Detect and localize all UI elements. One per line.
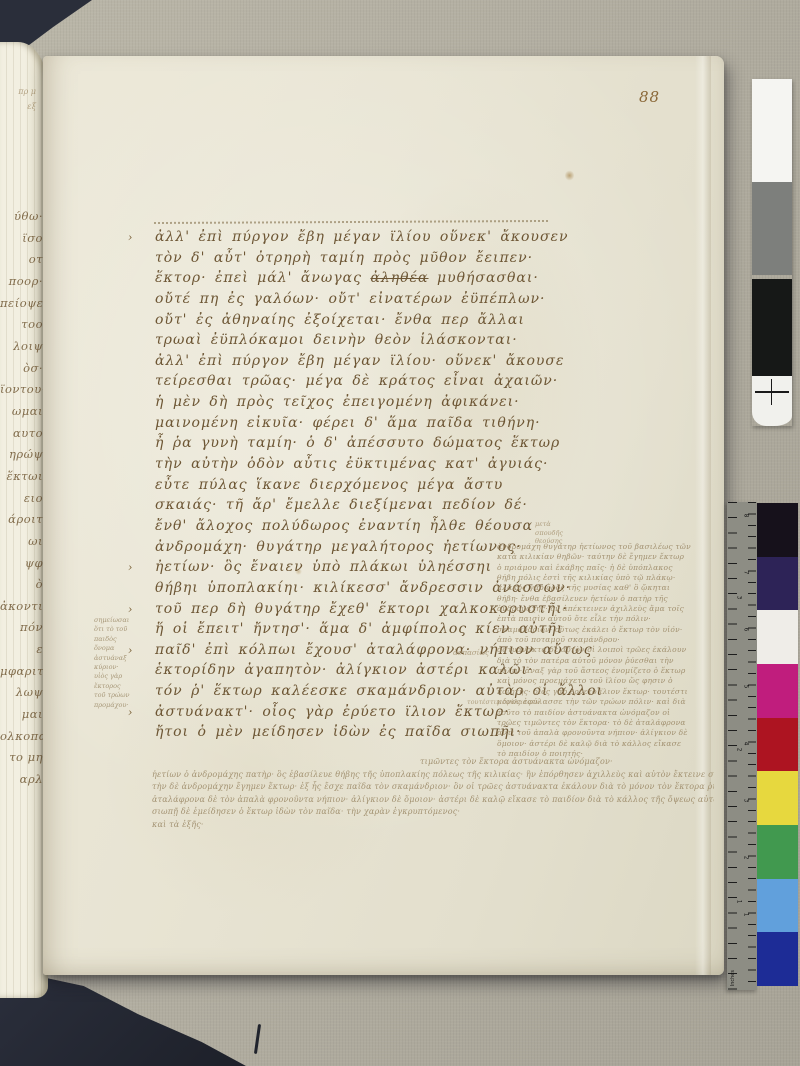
edge-fragment: εξ [2,99,36,114]
scholion-line: καὶ μόνος προεμάχετο τοῦ ϊλίου ὥς φησιν … [497,676,715,686]
edge-fragment: ειο [0,488,43,510]
scholion-line: τιμῶντες τὸν ἕκτορα ἀστυάνακτα ὠνόμαζον· [420,756,714,769]
scholion-line: ἕκτορος [94,682,144,691]
line-text: ἕκτορ· ἐπεὶ μάλ' ἄνωγας [155,270,370,286]
scholion-line: προμάχου· [94,701,144,710]
scholion-line: τοῦ τρώων [94,691,144,700]
edge-fragment: ψφ [0,553,43,575]
line-text: μυθήσασθαι· [437,270,539,286]
edge-fragment: ωμαι [0,401,43,423]
scholion-line: ἀπὸ τοῦ ποταμοῦ σκαμάνδρου· [497,635,715,645]
grayscale-white-patch [752,79,792,182]
ruler-cm-ticks [748,502,756,990]
line-text: ἀστυάνακτ'· οἶος γὰρ ἐρύετο ϊλιον ἕκτωρ· [155,704,510,720]
line-text: ἔνθ' ἄλοχος πολύδωρος ἐναντίη ἦλθε θέουσ… [155,518,533,534]
registration-cross-patch [752,376,792,426]
scholion-line: τὴν δὲ ἀνδρομάχην ἔγημεν ἕκτωρ· ἐξ ἧς ἔσ… [152,781,714,794]
text-line: › ἀλλ' ἐπὶ πύργον ἔβη μέγαν ϊλίου οὕνεκ'… [155,227,603,248]
color-patch [757,879,798,933]
edge-line-fragments: ύθω·ϊσοοτποορ·πείοψετοολοιψὸσ·ϊοντου·ωμα… [0,206,43,791]
color-patch [757,557,798,611]
scholion-line: ἀστυάναξ [94,654,144,663]
text-line: οὔτ' ἐς ἀθηναίης ἐξοίχεται· ἔνθα περ ἄλλ… [155,310,603,331]
ruler-number: 4 [743,742,750,746]
grayscale-calibration-target [752,79,792,426]
ruler-number: 8 [743,514,750,518]
ruler-number: 1 [735,900,742,904]
gloss-line: θεούσης [535,537,563,546]
edge-fragment: πείοψε [0,293,43,315]
edge-fragment: λωψ [0,682,43,704]
dotted-ruling-line [154,220,548,224]
line-text: οὔτέ πη ἐς γαλόων· οὔτ' εἰνατέρων ἐϋπέπλ… [155,291,545,307]
line-text: τὸν δ' αὖτ' ὀτρηρὴ ταμίη πρὸς μῦθον ἔειπ… [155,250,533,266]
edge-fragment: ϊσο [0,228,43,250]
diple-mark: › [128,228,132,249]
edge-fragment: πόν [0,617,43,639]
line-text: τείρεσθαι τρῶας· μέγα δὲ κράτος εἶναι ἀχ… [155,373,558,389]
ruler-number: 5 [743,685,750,689]
edge-fragment: ἕκτωι [0,466,43,488]
scholion-line: σιωπῇ δὲ ἐμείδησεν ὁ ἕκτωρ ἰδὼν τὸν παῖδ… [152,806,714,819]
ruler-number: 7 [743,571,750,575]
line-text: μαινομένη εἰκυῖα· φέρει δ' ἅμα παῖδα τιθ… [155,415,541,431]
scholia-left-margin: σημείωσαιὅτι τὸ τοῦπαιδὸςὄνομαἀστυάναξκύ… [94,616,144,710]
edge-fragment: οτ [0,249,43,271]
diple-mark: › [128,558,132,579]
edge-scholia-fragments: πρ μεξ [2,84,36,114]
scholion-line: ὅτι τὸ τοῦ [94,625,144,634]
text-line: εὖτε πύλας ἵκανε διερχόμενος μέγα ἄστυ [155,475,603,496]
text-line: σκαιάς· τῆ ἄρ' ἔμελλε διεξίμεναι πεδίον … [155,495,603,516]
color-patch [757,718,798,772]
color-patch [757,771,798,825]
ruler-number: 2 [743,856,750,860]
ruler-number: 2 [735,748,742,752]
edge-fragment: το μη αρλ [0,747,43,790]
line-text: ἦ ῥα γυνὴ ταμίη· ὁ δ' ἀπέσσυτο δώματος ἕ… [155,435,560,451]
edge-fragment: ποορ· [0,271,43,293]
scholion-line: θήβη πόλις ἐστὶ τῆς κιλικίας ὑπὸ τῷ πλάκ… [497,573,715,583]
scholion-line: διὰ τὸ τὸν πατέρα αὐτοῦ μόνον ῥύεσθαι τὴ… [497,656,715,666]
scholion-line: κατὰ κιλικίαν θηβῶν· ταύτην δὲ ἔγημεν ἕκ… [497,552,715,562]
edge-fragment: ωι [0,531,43,553]
edge-fragment: λοιψ [0,336,43,358]
text-line: τρωαὶ ἐϋπλόκαμοι δεινὴν θεὸν ἱλάσκονται· [155,330,603,351]
scholion-line: παιδὸς [94,635,144,644]
line-text: ἠετίων· ὃς ἔναιεν ὑπὸ πλάκωι ὑληέσσηι [155,559,492,575]
text-line: ἡ μὲν δὴ πρὸς τεῖχος ἐπειγομένη ἀφικάνει… [155,392,603,413]
edge-fragment: άροιτ [0,509,43,531]
edge-fragment: ολκοπαι [0,726,43,748]
scholion-line: ἠετίων ὁ ἀνδρομάχης πατὴρ· ὃς ἐβασίλευε … [152,769,714,782]
marginal-gloss: μετὰσπουδῆςθεούσης [535,520,563,546]
ruler-number: 6 [743,628,750,632]
scholion-line: πόλιν· ἄναξ γὰρ τοῦ ἄστεος ἐνομίζετο ὁ ἕ… [497,666,715,676]
color-patch [757,932,798,986]
text-line: ἀλλ' ἐπὶ πύργον ἔβη μέγαν ϊλίου· οὕνεκ' … [155,351,603,372]
text-line: ἕκτορ· ἐπεὶ μάλ' ἄνωγας ἀληθέα μυθήσασθα… [155,268,603,289]
scholion-line: υἱὸς γὰρ [94,672,144,681]
text-line: τὴν αὐτὴν ὁδὸν αὖτις ἐϋκτιμένας κατ' ἀγυ… [155,454,603,475]
ruler-inches-label: Inches [730,970,736,986]
line-text: τὴν αὐτὴν ὁδὸν αὖτις ἐϋκτιμένας κατ' ἀγυ… [155,456,548,472]
ruler: 87654321 321 Inches [727,502,757,990]
scholion-line: ὁ πριάμου καὶ ἑκάβης παῖς· ἡ δὲ ὑπόπλακο… [497,563,715,573]
line-text: εὖτε πύλας ἵκανε διερχόμενος μέγα ἄστυ [155,477,503,493]
scholia-bottom-block: τιμῶντες τὸν ἕκτορα ἀστυάνακτα ὠνόμαζον·… [152,756,714,831]
scholia-right-block: ἀνδρομάχη θυγάτηρ ἠετίωνος τοῦ βασιλέως … [497,542,715,759]
ruler-number: 3 [735,596,742,600]
scholion-line: ἀταλάφρονα δὲ τὸν ἁπαλὰ φρονοῦντα νήπιον… [152,794,714,807]
color-patch [757,610,798,664]
edge-fragment: ηρώψ [0,444,43,466]
text-line: οὔτέ πη ἐς γαλόων· οὔτ' εἰνατέρων ἐϋπέπλ… [155,289,603,310]
text-line: μαινομένη εἰκυῖα· φέρει δ' ἅμα παῖδα τιθ… [155,413,603,434]
gloss-line: σπουδῆς [535,529,563,538]
text-line: τὸν δ' αὖτ' ὀτρηρὴ ταμίη πρὸς μῦθον ἔειπ… [155,248,603,269]
crosshair-icon [771,379,773,405]
scholion-line: ἀνδρομάχη θυγάτηρ ἠετίωνος τοῦ βασιλέως … [497,542,715,552]
marginal-gloss: τουτέστιν ἐφύλασσεν [467,698,539,706]
line-text: ἀλλ' ἐπὶ πύργον ἔβη μέγαν ϊλίου· οὕνεκ' … [155,353,564,369]
scholion-line: ἑπτὰ παισὶν αὐτοῦ ὅτε εἷλε τὴν πόλιν· [497,614,715,624]
scholion-line: καὶ τὰ ἑξῆς· [152,819,714,832]
line-text: ἤτοι ὁ μὲν μείδησεν ἰδὼν ἐς παῖδα σιωπῆι… [155,724,521,740]
edge-fragment: μαι [0,704,43,726]
edge-fragment: ϊοντου· [0,379,43,401]
scholion-line: τοῦτο τὸ παιδίον ἀστυάνακτα ὠνόμαζον οἱ [497,708,715,718]
line-text: τρωαὶ ἐϋπλόκαμοι δεινὴν θεὸν ἱλάσκονται· [155,332,518,348]
edge-fragment: μφαριτ [0,661,43,683]
scholion-line: ἀνδρομάχης· ὃν ἀπέκτεινεν ἀχιλλεὺς ἅμα τ… [497,604,715,614]
edge-fragment: ε [0,639,43,661]
ruler-number: 1 [743,913,750,917]
text-line: ἦ ῥα γυνὴ ταμίη· ὁ δ' ἀπέσσυτο δώματος ἕ… [155,433,603,454]
manuscript-page: 88 › ἀλλ' ἐπὶ πύργον ἔβη μέγαν ϊλίου οὕν… [43,56,724,975]
ink-stain [565,170,574,181]
scholion-line: θήβη· ἔνθα ἐβασίλευεν ἠετίων ὁ πατὴρ τῆς [497,594,715,604]
edge-fragment: πρ μ [2,84,36,99]
text-line: τείρεσθαι τρῶας· μέγα δὲ κράτος εἶναι ἀχ… [155,371,603,392]
grayscale-black-patch [752,279,792,376]
struck-word: ἀληθέα [370,270,428,286]
page-fold-highlight [695,56,711,975]
edge-fragment: ύθω· [0,206,43,228]
marginal-gloss: ἀσπασίως [453,649,489,657]
scholion-line: πλάκος γὰρ ὄρος τῆς μυσίας καθ' ὃ ᾤκηται [497,583,715,593]
scholion-line: ποιητής· οἶος γὰρ ἐρύετο ϊλιον ἕκτωρ· το… [497,687,715,697]
line-text: ἡ μὲν δὴ πρὸς τεῖχος ἐπειγομένη ἀφικάνει… [155,394,520,410]
line-text: ἀνδρομάχη· θυγάτηρ μεγαλήτορος ἠετίωνος· [155,539,522,555]
grayscale-gray-patch [752,182,792,275]
line-text: ἑκτορίδην ἀγαπητὸν· ἀλίγκιον ἀστέρι καλῶ… [155,662,533,678]
scholion-line: τρῶες τιμῶντες τὸν ἕκτορα· τὸ δὲ ἀταλάφρ… [497,718,715,728]
edge-fragment: αυτο [0,423,43,445]
edge-fragment: τοο [0,314,43,336]
gloss-line: μετὰ [535,520,563,529]
scholion-line: ἀντὶ τοῦ ἁπαλὰ φρονοῦντα νήπιον· ἀλίγκιο… [497,728,715,738]
color-patch [757,503,798,557]
scholion-line: ὅμοιον· ἀστέρι δὲ καλῷ διὰ τὸ κάλλος εἴκ… [497,739,715,749]
line-text: ἀλλ' ἐπὶ πύργον ἔβη μέγαν ϊλίου οὕνεκ' ἄ… [155,229,569,245]
folio-number: 88 [639,88,660,106]
scholion-line: σκαμάνδριον· οὕτως ἐκάλει ὁ ἕκτωρ τὸν υἱ… [497,625,715,635]
manuscript-photo: πρ μεξ ύθω·ϊσοοτποορ·πείοψετοολοιψὸσ·ϊον… [0,0,800,1066]
color-calibration-bar [757,503,798,986]
color-patch [757,825,798,879]
line-text: σκαιάς· τῆ ἄρ' ἔμελλε διεξίμεναι πεδίον … [155,497,528,513]
edge-fragment: ὸ ἀκοντι [0,574,43,617]
color-patch [757,664,798,718]
scholion-line: σημείωσαι [94,616,144,625]
line-text: οὔτ' ἐς ἀθηναίης ἐξοίχεται· ἔνθα περ ἄλλ… [155,312,525,328]
ruler-number: 3 [743,799,750,803]
ruler-inch-ticks [728,502,737,990]
scholion-line: ἀστυάνακτα δὲ αὐτὸν οἱ λοιποὶ τρῶες ἐκάλ… [497,645,715,655]
edge-fragment: ὸσ· [0,358,43,380]
scholion-line: ὄνομα [94,644,144,653]
